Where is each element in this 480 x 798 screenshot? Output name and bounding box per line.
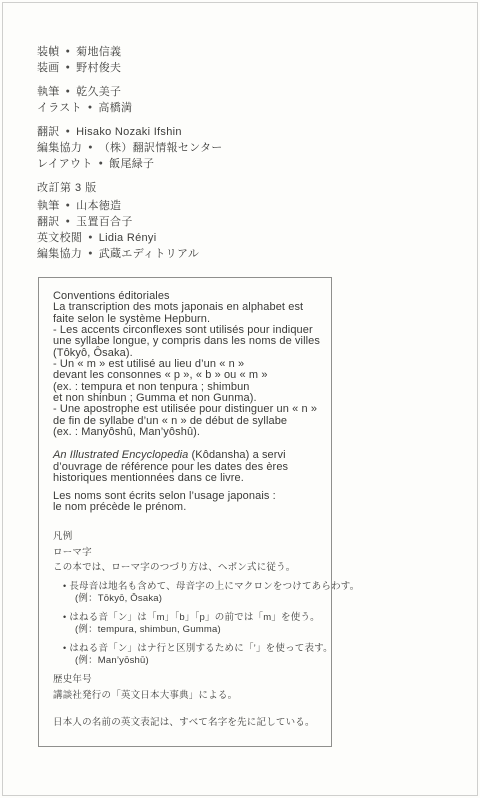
- french-line-rest: (Kôdansha) a servi: [188, 449, 285, 461]
- credit-line: イラスト●高橋満: [37, 100, 223, 116]
- credit-value: Lidia Rényi: [99, 232, 157, 244]
- french-line: le nom précède le prénom.: [53, 502, 319, 513]
- bullet-icon: ●: [66, 128, 71, 135]
- credit-label: 装幀: [37, 46, 60, 58]
- bullet-icon: ●: [88, 144, 93, 151]
- french-line: La transcription des mots japonais en al…: [53, 302, 319, 313]
- hanrei-item: •はねる音「ン」はナ行と区別するために「’」を使って表す。: [63, 642, 319, 655]
- reference-work-paragraph: An Illustrated Encyclopedia (Kôdansha) a…: [53, 450, 319, 484]
- credit-label: 翻訳: [37, 126, 60, 138]
- credit-line: 英文校閲●Lidia Rényi: [37, 230, 223, 246]
- credit-value: 乾久美子: [76, 86, 121, 98]
- french-line: historiques mentionnées dans ce livre.: [53, 473, 319, 484]
- credit-label: 装画: [37, 62, 60, 74]
- credit-line: 編集協力●武蔵エディトリアル: [37, 246, 223, 262]
- hanrei-item: •長母音は地名も含めて、母音字の上にマクロンをつけてあらわす。: [63, 580, 319, 593]
- book-title-italic: An Illustrated Encyclopedia: [53, 449, 188, 461]
- hanrei-heading: 凡例: [53, 531, 319, 543]
- credit-line: 執筆●乾久美子: [37, 84, 223, 100]
- hanrei-item-example: (例：Man’yōshū): [75, 655, 319, 667]
- hanrei-item-example: (例：Tōkyō, Ōsaka): [75, 593, 319, 605]
- credit-label: 編集協力: [37, 248, 82, 260]
- credit-line: レイアウト●飯尾緑子: [37, 156, 223, 172]
- credit-value: 武蔵エディトリアル: [99, 248, 199, 260]
- credit-group-revised-edition: 執筆●山本徳造 翻訳●玉置百合子 英文校閲●Lidia Rényi 編集協力●武…: [37, 198, 223, 262]
- names-usage-paragraph: Les noms sont écrits selon l’usage japon…: [53, 491, 319, 514]
- bullet-icon: ●: [66, 88, 71, 95]
- credit-label: 編集協力: [37, 142, 82, 154]
- credit-value: 野村俊夫: [76, 62, 121, 74]
- bullet-icon: ●: [88, 104, 93, 111]
- credit-line: 装幀●菊地信義: [37, 44, 223, 60]
- credit-label: 翻訳: [37, 216, 60, 228]
- hanrei-item: •はねる音「ン」は「m」「b」「p」の前では「m」を使う。: [63, 611, 319, 624]
- credit-value: 高橋満: [98, 102, 132, 114]
- hanrei-item-example: (例：tempura, shimbun, Gumma): [75, 624, 319, 636]
- credit-value: 菊地信義: [76, 46, 121, 58]
- credit-group-writing: 執筆●乾久美子 イラスト●高橋満: [37, 84, 223, 116]
- bullet-icon: ●: [88, 250, 93, 257]
- bullet-icon: ●: [88, 234, 93, 241]
- bullet-icon: ●: [66, 202, 71, 209]
- credit-value: 飯尾緑子: [109, 158, 154, 170]
- hanrei-item-text: はねる音「ン」は「m」「b」「p」の前では「m」を使う。: [69, 612, 320, 623]
- names-order-note: 日本人の名前の英文表記は、すべて名字を先に記している。: [53, 717, 319, 729]
- bullet-icon: •: [63, 612, 66, 622]
- bullet-icon: •: [63, 581, 66, 591]
- credit-group-translation: 翻訳●Hisako Nozaki Ifshin 編集協力●（株）翻訳情報センター…: [37, 124, 223, 172]
- book-page: 装幀●菊地信義 装画●野村俊夫 執筆●乾久美子 イラスト●高橋満 翻訳●Hisa…: [0, 0, 480, 798]
- romaji-intro: この本では、ローマ字のつづり方は、ヘボン式に従う。: [53, 562, 319, 574]
- credit-value: Hisako Nozaki Ifshin: [76, 126, 182, 138]
- credit-label: レイアウト: [37, 158, 93, 170]
- hanrei-section: 凡例 ローマ字 この本では、ローマ字のつづり方は、ヘボン式に従う。 •長母音は地…: [53, 531, 319, 729]
- credit-value: 玉置百合子: [76, 216, 133, 228]
- credit-group-design: 装幀●菊地信義 装画●野村俊夫: [37, 44, 223, 76]
- credit-line: 執筆●山本徳造: [37, 198, 223, 214]
- era-note: 講談社発行の「英文日本大事典」による。: [53, 690, 319, 702]
- hanrei-item-text: はねる音「ン」はナ行と区別するために「’」を使って表す。: [69, 643, 332, 654]
- conventions-box: Conventions éditoriales La transcription…: [38, 277, 332, 747]
- era-heading: 歴史年号: [53, 674, 319, 686]
- french-conventions: Conventions éditoriales La transcription…: [53, 291, 319, 513]
- credit-label: 英文校閲: [37, 232, 82, 244]
- hanrei-item-text: 長母音は地名も含めて、母音字の上にマクロンをつけてあらわす。: [69, 581, 359, 592]
- credit-value: （株）翻訳情報センター: [99, 142, 223, 154]
- edition-note: 改訂第 3 版: [37, 180, 223, 196]
- credits-section: 装幀●菊地信義 装画●野村俊夫 執筆●乾久美子 イラスト●高橋満 翻訳●Hisa…: [37, 44, 223, 270]
- credit-label: 執筆: [37, 86, 60, 98]
- credit-label: イラスト: [37, 102, 82, 114]
- bullet-icon: ●: [66, 64, 71, 71]
- credit-line: 装画●野村俊夫: [37, 60, 223, 76]
- credit-line: 翻訳●Hisako Nozaki Ifshin: [37, 124, 223, 140]
- french-line: (ex. : Manyôshû, Man’yôshû).: [53, 427, 319, 438]
- bullet-icon: •: [63, 643, 66, 653]
- bullet-icon: ●: [66, 48, 71, 55]
- bullet-icon: ●: [99, 160, 104, 167]
- credit-value: 山本徳造: [76, 200, 121, 212]
- credit-line: 翻訳●玉置百合子: [37, 214, 223, 230]
- bullet-icon: ●: [66, 218, 71, 225]
- credit-line: 編集協力●（株）翻訳情報センター: [37, 140, 223, 156]
- credit-label: 執筆: [37, 200, 60, 212]
- romaji-heading: ローマ字: [53, 547, 319, 559]
